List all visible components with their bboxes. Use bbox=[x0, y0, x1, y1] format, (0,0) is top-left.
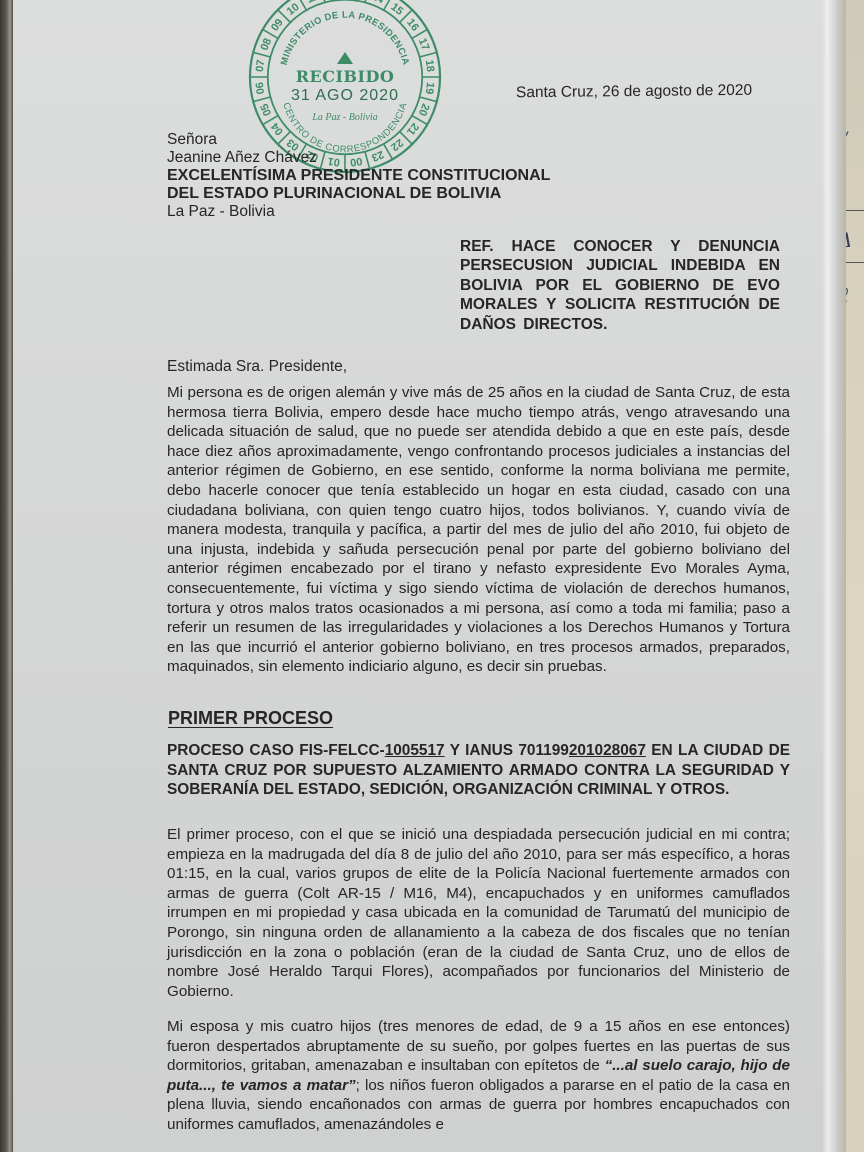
dateline: Santa Cruz, 26 de agosto de 2020 bbox=[516, 82, 752, 102]
paragraph-first-process: El primer proceso, con el que se inició … bbox=[167, 825, 790, 1001]
case-title-part: PROCESO CASO FIS-FELCC- bbox=[167, 742, 385, 759]
stamp-status: RECIBIDO bbox=[296, 67, 395, 86]
letter-page: 1314151617181920212223000102030405060708… bbox=[13, 0, 828, 1152]
triangle-icon bbox=[337, 52, 353, 64]
case-title-part: Y IANUS 701199 bbox=[445, 742, 569, 759]
reference-subject: REF. HACE CONOCER Y DENUNCIA PERSECUSION… bbox=[460, 237, 780, 334]
recipient-title-line2: DEL ESTADO PLURINACIONAL DE BOLIVIA bbox=[167, 185, 550, 203]
recipient-salutation-title: Señora bbox=[167, 131, 550, 149]
recipient-title-line1: EXCELENTÍSIMA PRESIDENTE CONSTITUCIONAL bbox=[167, 167, 550, 185]
ianus-number: 201028067 bbox=[569, 742, 646, 759]
stamp-place: La Paz - Bolivia bbox=[312, 112, 377, 123]
recipient-name: Jeanine Añez Chávez bbox=[167, 149, 550, 167]
recipient-city: La Paz - Bolivia bbox=[167, 203, 550, 221]
case-number: 1005517 bbox=[385, 742, 445, 759]
paragraph-family: Mi esposa y mis cuatro hijos (tres menor… bbox=[167, 1017, 790, 1135]
paragraph-intro: Mi persona es de origen alemán y vive má… bbox=[167, 383, 790, 677]
section-title: PRIMER PROCESO bbox=[168, 708, 333, 729]
stamp-date: 31 AGO 2020 bbox=[291, 87, 399, 105]
case-title: PROCESO CASO FIS-FELCC-1005517 Y IANUS 7… bbox=[167, 741, 790, 800]
recipient-address: Señora Jeanine Añez Chávez EXCELENTÍSIMA… bbox=[167, 131, 550, 221]
salutation: Estimada Sra. Presidente, bbox=[167, 358, 347, 376]
